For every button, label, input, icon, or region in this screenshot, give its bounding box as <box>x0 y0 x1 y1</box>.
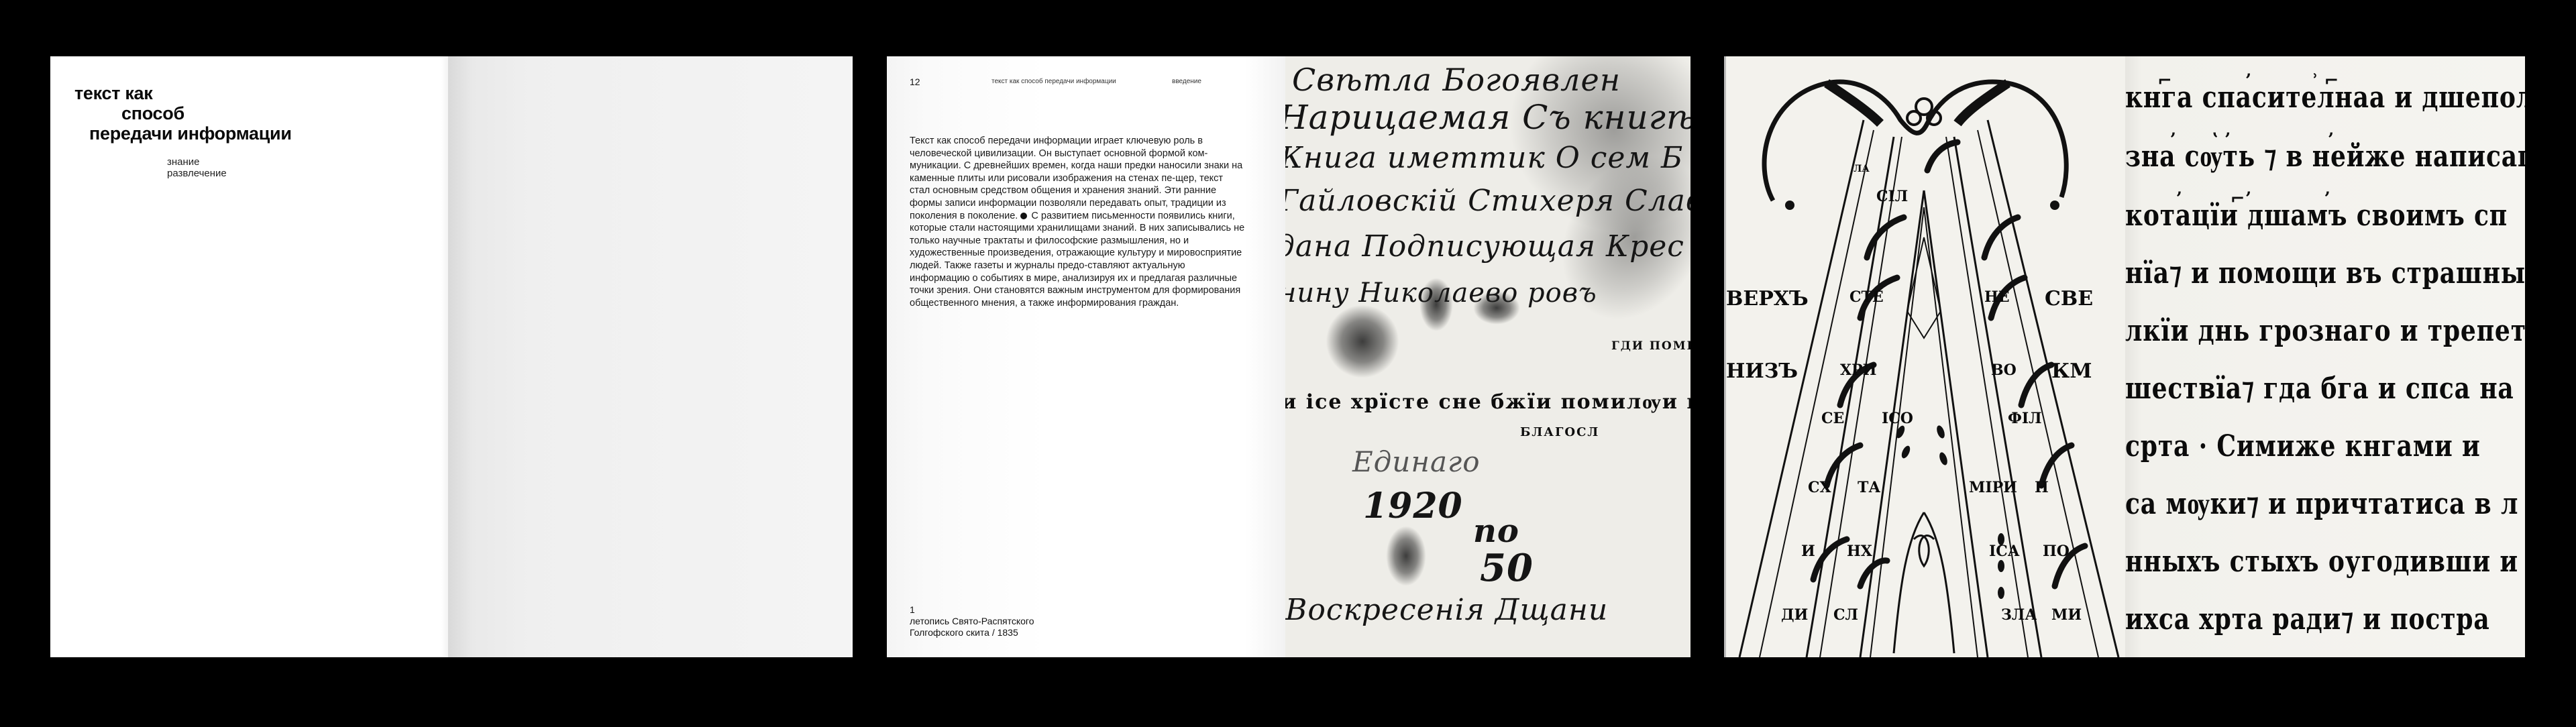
bullet-marker-icon <box>1020 213 1027 219</box>
cover-title-line-1: текст как <box>74 83 152 103</box>
diagram-label: И <box>1801 543 1815 560</box>
cover-title-line-2: способ <box>121 103 184 123</box>
slavonic-line: кнга спасителнаа и дшепол <box>2125 80 2525 115</box>
ink-blot <box>1419 278 1453 331</box>
slavonic-line: шествїа⁊ гда бга и спса на <box>2125 372 2514 406</box>
diagram-label: ІСО <box>1882 410 1913 427</box>
diagram-label: СТЕ <box>1849 288 1884 306</box>
intro-text-page: 12 текст как способ передачи информации … <box>887 56 1285 657</box>
running-section: введение <box>1172 78 1201 85</box>
slavonic-line: котацїи дшамъ своимъ сп <box>2125 199 2508 233</box>
handwritten-line: дана Подписующая Крес <box>1285 229 1684 264</box>
slavonic-line: зна сѹть ⁊ в нейже написаш <box>2125 139 2525 174</box>
handwritten-line: Книга иметтик О сем Б <box>1285 141 1683 175</box>
diagram-label: ФІЛ <box>2008 410 2042 427</box>
handwritten-number: по <box>1473 512 1519 550</box>
diagram-label: ХРИ <box>1840 361 1876 379</box>
diagram-label: НХ <box>1847 543 1872 560</box>
slavonic-line: нныхъ стыхъ оугодивши и <box>2125 545 2518 579</box>
diagram-label: МІРИ <box>1969 479 2017 496</box>
spread-cover: текст как способ передачи информации зна… <box>50 56 853 657</box>
slavonic-text-page: ⌐ ʼ ʾ ⌐ кнга спасителнаа и дшепол ʼ ʽ ʼ … <box>2125 56 2525 657</box>
caption-line-1: летопись Свято-Распятского <box>910 616 1034 627</box>
ink-blot <box>1326 304 1399 378</box>
page-number: 12 <box>910 76 920 87</box>
cover-title-line-3: передачи информации <box>89 123 292 144</box>
diagram-side-label: ВЕРХЪ <box>1726 287 1809 311</box>
diagram-label: СЛ <box>1833 606 1858 624</box>
diagram-label: ЛА <box>1854 164 1870 174</box>
diagram-side-label: НИЗЪ <box>1726 359 1798 383</box>
notation-diagram-page: СІЛ ЛА ВЕРХЪ НИЗЪ СВЕ КМ СТЕ НЕ ХРИ ВО С… <box>1724 56 2125 657</box>
diagram-label: СІЛ <box>1876 188 1908 205</box>
stamp-text: ГДИ ПОМИЛ <box>1611 339 1690 353</box>
spread-introduction: 12 текст как способ передачи информации … <box>887 56 1690 657</box>
ornamental-ladder-diagram <box>1726 56 2125 657</box>
diagram-label: ДИ <box>1781 606 1808 624</box>
handwritten-line: Единаго <box>1352 445 1481 478</box>
diagram-label: ПО <box>2043 543 2070 560</box>
slavonic-line: лкїи днь грознаго и трепет <box>2125 314 2525 348</box>
diagram-label: Н <box>2035 479 2049 496</box>
handwritten-line: Гайловскій Стихеря Слав <box>1285 184 1690 218</box>
diagram-label: ІСА <box>1989 543 2020 560</box>
diagram-label: СЕ <box>1821 410 1844 427</box>
diagram-label: НЕ <box>1984 288 2010 306</box>
slavonic-line: срта · Симиже кнгами и <box>2125 429 2481 463</box>
diagram-label: ЗЛА <box>2001 606 2037 624</box>
printed-slavonic-line: и ісе хрїсте сне бжїи помилѹи на <box>1285 390 1690 414</box>
caption-number: 1 <box>910 604 1034 616</box>
diagram-label: ТА <box>1858 479 1880 496</box>
body-text: Текст как способ передачи информации игр… <box>910 135 1245 309</box>
slavonic-line: ихса хрта ради⁊ и пострa <box>2125 602 2490 636</box>
body-paragraph-1: Текст как способ передачи информации игр… <box>910 135 1242 221</box>
stamp-text: БЛАГОСЛ <box>1520 425 1599 439</box>
handwritten-line: Воскресенія Дщани <box>1285 593 1608 627</box>
image-caption: 1 летопись Свято-Распятского Голгофского… <box>910 604 1034 638</box>
ink-blot <box>1386 526 1426 586</box>
manuscript-image-page: Свѣтла Богоявлен Нарицаемая Съ книгѣ Кни… <box>1285 56 1690 657</box>
diagram-side-label: СВЕ <box>2045 287 2093 311</box>
slavonic-line: са мѹки⁊ и причтатиса в л <box>2125 487 2518 521</box>
caption-line-2: Голгофского скита / 1835 <box>910 627 1034 638</box>
handwritten-line: Нарицаемая Съ книгѣ <box>1285 98 1690 137</box>
diagram-label: СХ <box>1808 479 1831 496</box>
handwritten-number: 50 <box>1480 546 1534 590</box>
body-paragraph-2: С развитием письменности появились книги… <box>910 211 1244 309</box>
handwritten-number: 1920 <box>1363 486 1463 526</box>
cover-subtitle-2: развлечение <box>167 167 227 180</box>
handwritten-line: Свѣтла Богоявлен <box>1292 62 1621 98</box>
diagram-label: ВО <box>1991 361 2017 379</box>
spread-slavonic: СІЛ ЛА ВЕРХЪ НИЗЪ СВЕ КМ СТЕ НЕ ХРИ ВО С… <box>1724 56 2525 657</box>
running-title: текст как способ передачи информации <box>991 78 1116 85</box>
slavonic-line: нїа⁊ и помощи въ страшны <box>2125 256 2525 290</box>
cover-right-page-blank <box>448 56 853 657</box>
ink-blot <box>1473 291 1520 325</box>
diagram-label: МИ <box>2051 606 2082 624</box>
diagram-side-label: КМ <box>2051 359 2092 383</box>
cover-left-page: текст как способ передачи информации зна… <box>50 56 448 657</box>
